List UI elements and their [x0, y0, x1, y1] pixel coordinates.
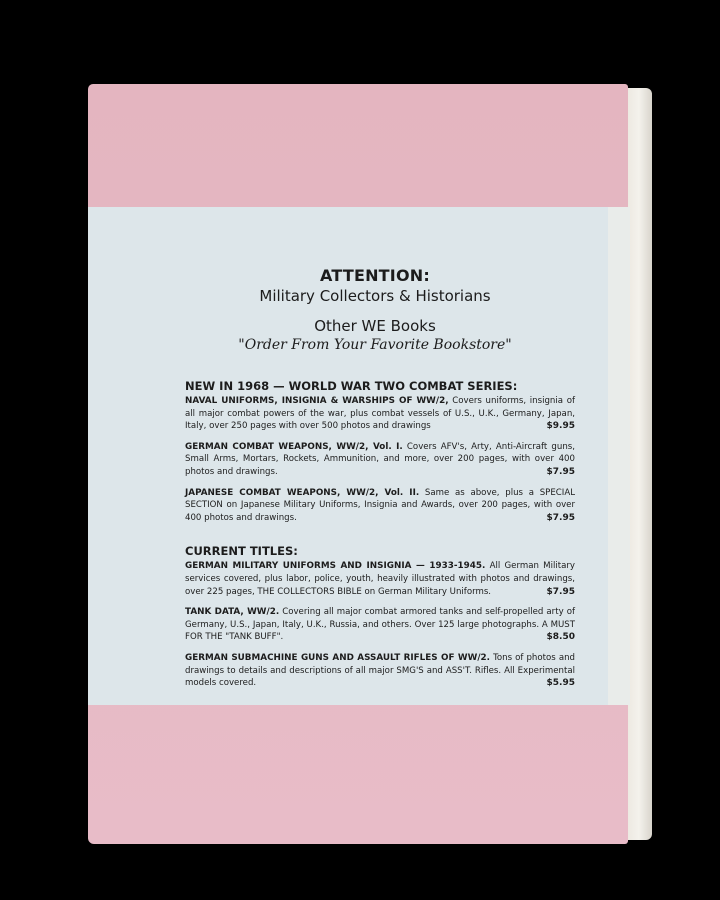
title: ATTENTION: — [175, 266, 575, 285]
price: $5.95 — [547, 677, 575, 690]
book-item: NAVAL UNIFORMS, INSIGNIA & WARSHIPS OF W… — [185, 395, 575, 433]
price: $7.95 — [547, 466, 575, 479]
price: $9.95 — [547, 420, 575, 433]
price: $8.50 — [547, 631, 575, 644]
other-books: Other WE Books — [175, 317, 575, 335]
book-item: JAPANESE COMBAT WEAPONS, WW/2, Vol. II. … — [185, 487, 575, 525]
section-heading: NEW IN 1968 — WORLD WAR TWO COMBAT SERIE… — [185, 379, 575, 393]
ad-content: ATTENTION: Military Collectors & Histori… — [185, 266, 575, 690]
subtitle: Military Collectors & Historians — [175, 287, 575, 305]
book-item: GERMAN SUBMACHINE GUNS AND ASSAULT RIFLE… — [185, 652, 575, 690]
book-item: GERMAN MILITARY UNIFORMS AND INSIGNIA — … — [185, 560, 575, 598]
book-item: TANK DATA, WW/2. Covering all major comb… — [185, 606, 575, 644]
tagline: "Order From Your Favorite Bookstore" — [175, 337, 575, 353]
book-item: GERMAN COMBAT WEAPONS, WW/2, Vol. I. Cov… — [185, 441, 575, 479]
section-heading: CURRENT TITLES: — [185, 544, 575, 558]
panel-edge — [608, 207, 630, 705]
price: $7.95 — [547, 586, 575, 599]
price: $7.95 — [547, 512, 575, 525]
